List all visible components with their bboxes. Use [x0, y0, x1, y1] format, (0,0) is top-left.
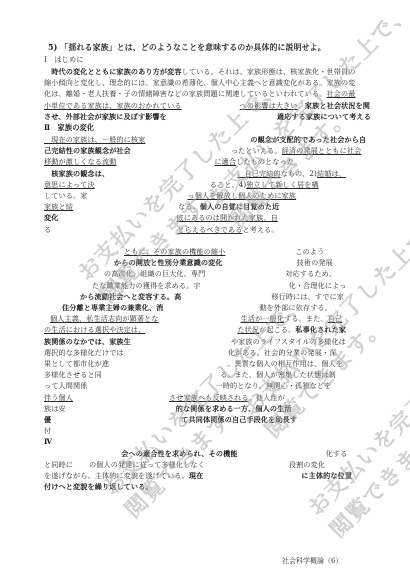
- text-segment: 多様化させると同: [44, 370, 102, 379]
- text-segment: 時代の変化とともに家族のあり方が変容: [44, 67, 182, 76]
- text-segment: 移動が激しくなる流動: [44, 157, 116, 166]
- text-segment: している。家: [44, 191, 87, 200]
- text-line: と同時にの個人の発達に従って多様化しなく役割の変化: [44, 459, 370, 470]
- text-segment: って人間関係: [44, 381, 87, 390]
- text-segment: と同時に: [44, 460, 73, 469]
- text-segment: 付: [44, 426, 51, 435]
- text-segment: 技術の発展: [297, 258, 333, 267]
- text-segment: Ⅳ: [44, 437, 52, 446]
- text-segment: 対応するため、: [285, 269, 335, 278]
- text-segment: 個人主義、私生活志向が顕著とな: [50, 314, 159, 323]
- text-segment: 選択的な多様化だけでは: [44, 348, 124, 357]
- section-heading-intro: Ⅰ はじめに: [44, 54, 370, 65]
- text-segment: 族関係のなかでは、家族生: [44, 337, 131, 346]
- text-segment: 核家族の観念は、: [44, 169, 109, 178]
- text-segment: させ、外部社会が家族に及ぼす影響を: [44, 112, 167, 121]
- text-segment: このよう: [295, 247, 324, 256]
- text-line: るとらえるべきであると考える。: [44, 224, 370, 235]
- text-segment: 果として都市化が進: [44, 359, 109, 368]
- text-line: から流動社会へと変容する。高移行時には、すでに家: [44, 291, 370, 302]
- text-segment: 家族と結: [44, 202, 73, 211]
- text-segment: 意思によって決: [44, 180, 95, 189]
- text-segment: 役割の変化: [289, 460, 325, 469]
- text-segment: 己完結性の家族観念が社会: [44, 146, 131, 155]
- text-segment: 現在: [189, 471, 204, 480]
- text-segment: 小単位である家族は、家族のおかれている: [44, 101, 182, 110]
- text-segment: 化・合理化によっ: [289, 281, 347, 290]
- text-segment: 族は安: [44, 404, 66, 413]
- text-segment: 変化: [44, 213, 59, 222]
- text-segment: [44, 449, 51, 458]
- page-footer: 社会科学概論（6）: [282, 556, 342, 566]
- text-segment: 優: [44, 415, 51, 424]
- text-segment: から流動社会へと変容する。高: [80, 292, 181, 301]
- question-title: 5) 「揺れる家族」とは、どのようなことを意味するのか具体的に説明せよ。: [48, 42, 374, 53]
- text-line: 住分離と専業主婦の兼業化、消動を外部に依存する。: [44, 302, 370, 313]
- text-segment: 結婚は、: [317, 169, 346, 178]
- text-segment: 伴う個人: [44, 393, 73, 402]
- text-segment: の生活における選択や決定は、: [44, 325, 145, 334]
- text-segment: る: [44, 225, 51, 234]
- text-segment: 現在の家族は、一般的に核家: [44, 135, 145, 144]
